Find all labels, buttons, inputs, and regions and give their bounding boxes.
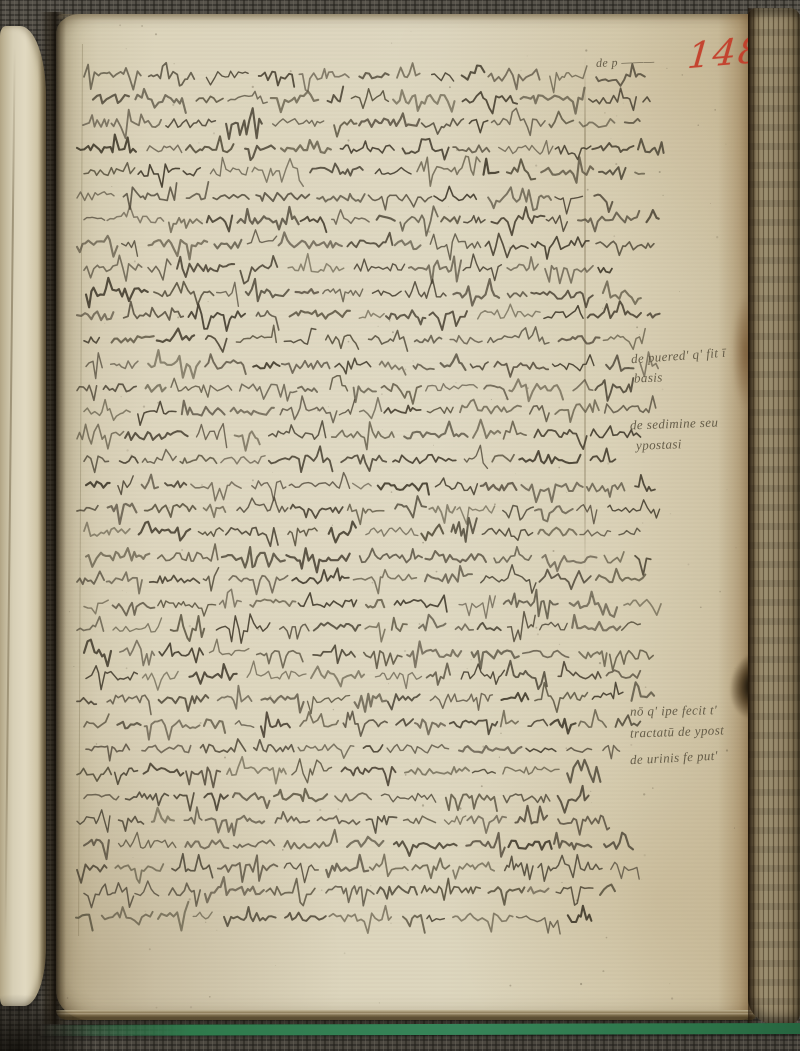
handwritten-text-line [545, 266, 593, 284]
handwritten-text-line [370, 854, 408, 876]
handwritten-text-line [467, 816, 506, 833]
handwritten-text-line [118, 476, 133, 495]
handwritten-text-line [481, 565, 536, 593]
handwritten-text-line [515, 806, 547, 824]
handwritten-text-line [120, 456, 138, 463]
handwritten-text-line [603, 281, 641, 304]
handwritten-text-line [596, 569, 645, 582]
handwritten-text-line [280, 396, 337, 423]
handwritten-text-line [257, 651, 303, 668]
handwritten-text-line [76, 915, 93, 931]
handwritten-text-line [425, 551, 486, 562]
handwritten-text-line [567, 760, 600, 783]
handwritten-text-line [226, 528, 278, 547]
handwritten-text-line [253, 362, 279, 368]
handwritten-text-line [334, 120, 356, 137]
handwritten-text-line [635, 475, 655, 491]
handwritten-text-line [147, 145, 182, 152]
handwritten-text-line [555, 146, 591, 160]
handwritten-text-line [395, 241, 421, 250]
handwritten-text-line [590, 448, 615, 461]
handwritten-text-line [84, 883, 134, 908]
handwritten-text-line [289, 473, 349, 489]
handwritten-text-line [469, 120, 487, 133]
handwritten-text-line [429, 311, 467, 330]
handwritten-text-line [298, 387, 317, 392]
handwritten-text-line [203, 568, 218, 591]
handwritten-text-line [83, 115, 109, 127]
handwritten-text-line [77, 864, 107, 882]
handwritten-text-line [183, 168, 200, 176]
handwritten-text-line [330, 376, 348, 391]
handwritten-text-line [216, 614, 269, 643]
handwritten-text-line [366, 528, 418, 537]
handwritten-text-line [382, 384, 422, 404]
handwritten-text-line [417, 156, 480, 186]
handwritten-text-line [412, 858, 449, 878]
handwritten-text-line [143, 672, 179, 691]
handwritten-text-line [570, 592, 617, 617]
handwritten-text-line [604, 833, 633, 850]
handwritten-text-line [123, 183, 176, 209]
handwritten-text-line [392, 618, 407, 632]
handwritten-text-line [266, 879, 315, 906]
handwritten-text-line [77, 810, 110, 832]
handwritten-text-line [526, 748, 556, 752]
handwritten-text-line [507, 159, 535, 179]
handwritten-text-line [317, 194, 365, 202]
handwritten-text-line [204, 505, 226, 518]
handwritten-text-line [488, 327, 549, 344]
handwritten-text-line [135, 89, 185, 113]
handwritten-text-line [589, 88, 636, 110]
handwritten-text-line [113, 603, 155, 616]
handwritten-text-line [506, 661, 547, 689]
handwritten-text-line [364, 745, 383, 752]
handwritten-text-line [503, 794, 549, 803]
handwritten-text-line [138, 401, 176, 425]
handwritten-text-line [77, 617, 104, 632]
handwritten-text-line [509, 379, 563, 401]
handwritten-text-line [245, 146, 275, 161]
handwritten-text-line [592, 682, 623, 699]
handwritten-text-line [340, 141, 394, 153]
handwritten-text-line [84, 795, 119, 800]
handwritten-text-line [237, 497, 288, 512]
handwritten-text-line [481, 483, 517, 490]
handwritten-text-line [335, 358, 371, 374]
handwritten-text-line [604, 552, 624, 563]
handwritten-text-line [567, 748, 592, 753]
handwritten-text-line [473, 769, 496, 773]
handwritten-text-line [504, 590, 558, 619]
handwritten-text-line [240, 256, 277, 284]
handwritten-text-line [591, 426, 641, 438]
handwritten-text-line [587, 483, 625, 497]
handwritten-text-line [182, 401, 225, 416]
handwritten-text-line [504, 421, 527, 439]
handwritten-text-line [555, 400, 599, 422]
handwritten-text-line [388, 694, 420, 709]
handwritten-text-line [281, 140, 331, 153]
facing-page-edge [0, 26, 46, 1006]
handwritten-text-line [235, 721, 253, 728]
handwritten-text-line [274, 789, 327, 802]
handwritten-text-line [501, 693, 528, 701]
handwritten-text-line [84, 337, 99, 343]
handwritten-text-line [108, 504, 137, 524]
handwritten-text-line [227, 757, 286, 784]
handwritten-text-line [351, 89, 388, 109]
handwritten-text-line [207, 216, 232, 232]
handwritten-text-line [446, 794, 497, 811]
handwritten-text-line [549, 112, 573, 128]
handwritten-text-line [142, 475, 159, 489]
handwritten-text-line [93, 95, 129, 104]
handwritten-text-line [530, 406, 549, 422]
handwritten-text-line [220, 589, 242, 608]
handwritten-text-line [115, 768, 138, 784]
handwritten-text-line [288, 254, 344, 272]
handwritten-text-line [313, 645, 355, 663]
handwritten-text-line [610, 650, 654, 670]
handwritten-text-line [579, 651, 607, 666]
green-binding-band [40, 1023, 800, 1036]
handwritten-text-line [580, 119, 615, 127]
handwritten-text-line [607, 670, 641, 678]
handwritten-text-line [648, 313, 660, 317]
handwritten-text-line [282, 361, 330, 373]
handwritten-text-line [608, 500, 660, 518]
handwritten-text-line [113, 618, 162, 632]
handwritten-text-line [603, 329, 645, 350]
handwritten-text-line [396, 719, 413, 726]
handwritten-text-line [554, 833, 591, 849]
handwritten-text-line [460, 400, 521, 414]
handwritten-text-line [492, 108, 545, 135]
handwritten-text-line [559, 336, 600, 343]
handwritten-text-line [77, 506, 98, 511]
handwritten-text-line [122, 241, 138, 256]
handwritten-text-line [364, 651, 402, 668]
handwritten-text-line [555, 196, 583, 214]
handwritten-text-line [503, 767, 559, 774]
handwritten-text-line [429, 505, 455, 523]
handwritten-text-line [273, 119, 324, 127]
handwritten-text-line [482, 528, 532, 540]
handwritten-text-line [342, 767, 396, 786]
handwritten-text-line [247, 230, 276, 244]
handwritten-text-line [326, 855, 368, 877]
handwritten-text-line [84, 714, 109, 727]
handwritten-text-line [107, 695, 151, 714]
handwritten-text-line [421, 525, 443, 541]
handwritten-text-line [165, 481, 186, 487]
handwritten-text-line [635, 556, 651, 575]
handwritten-text-line [354, 386, 376, 402]
handwritten-text-line [247, 661, 306, 679]
handwritten-text-line [441, 354, 466, 370]
handwritten-text-line [532, 237, 589, 259]
handwritten-text-line [326, 335, 359, 349]
handwritten-text-line [359, 73, 388, 78]
handwritten-text-line [184, 807, 202, 824]
handwritten-text-line [86, 353, 102, 379]
handwritten-text-line [254, 740, 294, 752]
handwritten-text-line [427, 663, 451, 685]
handwritten-text-line [341, 455, 386, 471]
handwritten-text-line [534, 430, 586, 450]
handwritten-text-line [580, 530, 611, 536]
handwritten-text-line [259, 72, 295, 87]
handwritten-text-line [464, 445, 487, 468]
handwritten-text-line [595, 378, 633, 401]
handwritten-text-line [625, 119, 640, 123]
handwritten-text-line [198, 528, 223, 537]
handwritten-text-line [186, 767, 220, 787]
handwritten-text-line [425, 566, 472, 583]
handwritten-text-line [314, 623, 361, 631]
handwritten-text-line [360, 549, 422, 563]
handwritten-text-line [311, 666, 364, 686]
handwritten-text-line [538, 855, 602, 882]
handwritten-text-line [124, 302, 184, 320]
handwritten-text-line [579, 710, 607, 727]
handwritten-text-line [519, 451, 580, 463]
handwritten-text-line [441, 216, 460, 223]
handwritten-text-line [599, 167, 626, 179]
handwritten-text-line [359, 311, 384, 319]
handwritten-text-line [553, 355, 594, 371]
handwritten-text-line [558, 786, 589, 813]
handwritten-text-line [240, 384, 297, 401]
handwritten-text-line [292, 759, 332, 783]
handwritten-text-line [600, 885, 615, 895]
handwritten-text-line [605, 396, 656, 413]
handwritten-text-line [466, 833, 504, 857]
handwritten-text-line [218, 686, 252, 709]
handwritten-text-line [189, 664, 236, 684]
handwritten-text-line [84, 523, 130, 537]
handwritten-text-line [206, 71, 248, 85]
handwritten-text-line [84, 456, 109, 473]
handwritten-text-line [145, 504, 196, 517]
handwritten-text-line [77, 571, 104, 584]
handwritten-text-line [542, 555, 596, 571]
handwritten-text-line [494, 362, 548, 377]
handwritten-text-line [145, 720, 200, 740]
handwritten-text-line [450, 336, 482, 344]
fore-edge-pages [748, 8, 800, 1024]
handwritten-text-line [125, 431, 188, 440]
handwritten-text-line [647, 210, 659, 222]
handwritten-text-line [369, 331, 408, 352]
handwritten-text-line [393, 90, 454, 111]
handwritten-text-line [535, 506, 573, 521]
handwritten-text-line [149, 63, 195, 86]
handwritten-text-line [84, 163, 135, 176]
handwritten-text-line [635, 172, 644, 174]
handwritten-text-line [494, 547, 531, 563]
handwritten-text-line [453, 913, 513, 931]
handwritten-text-line [332, 422, 394, 450]
handwritten-text-line [540, 622, 568, 630]
handwritten-text-line [407, 641, 461, 667]
handwritten-text-line [84, 840, 109, 859]
handwritten-text-line [222, 547, 285, 567]
handwritten-text-line [508, 612, 536, 642]
handwritten-text-line [459, 596, 495, 619]
handwritten-text-line [640, 352, 658, 377]
handwritten-text-line [366, 600, 384, 608]
handwritten-text-line [453, 862, 494, 879]
handwritten-text-line [531, 291, 593, 308]
handwritten-text-line [380, 361, 406, 374]
handwritten-text-line [507, 257, 538, 271]
handwritten-text-line [84, 255, 142, 281]
handwritten-text-line [453, 279, 499, 306]
handwritten-text-line [578, 211, 639, 232]
handwritten-text-line [177, 257, 234, 277]
handwritten-text-line [204, 719, 225, 733]
handwritten-text-line [632, 682, 655, 701]
handwritten-text-line [269, 421, 326, 439]
handwritten-text-line [347, 233, 392, 248]
handwritten-text-line [157, 329, 194, 343]
handwritten-text-line [415, 719, 445, 734]
handwritten-text-line [233, 793, 270, 808]
handwritten-text-line [426, 384, 478, 391]
handwritten-text-line [521, 483, 582, 502]
handwritten-text-line [450, 720, 498, 734]
handwritten-text-line [387, 745, 449, 754]
handwritten-text-line [368, 195, 431, 210]
handwritten-text-line [231, 408, 274, 415]
handwritten-text-line [252, 159, 303, 187]
handwritten-text-line [103, 384, 136, 392]
handwritten-text-line [84, 640, 111, 666]
handwritten-text-line [473, 420, 500, 438]
handwritten-text-line [375, 672, 421, 688]
handwritten-text-line [422, 119, 464, 134]
handwritten-text-line [328, 87, 344, 103]
handwritten-text-line [436, 478, 478, 495]
handwritten-text-line [359, 113, 419, 127]
handwritten-text-line [360, 398, 382, 419]
handwritten-text-line [158, 544, 218, 561]
handwritten-text-line [269, 446, 333, 472]
handwritten-text-line [335, 793, 371, 802]
handwritten-text-line [159, 643, 203, 662]
handwritten-text-line [556, 887, 593, 905]
handwritten-text-line [353, 483, 371, 489]
handwritten-text-line [492, 455, 514, 462]
handwritten-text-line [292, 568, 349, 583]
handwritten-text-line [228, 91, 267, 103]
handwritten-text-line [329, 522, 356, 543]
handwritten-text-line [521, 88, 585, 114]
handwritten-text-line [624, 600, 661, 616]
handwritten-text-line [317, 816, 359, 825]
handwritten-text-line [224, 907, 276, 926]
handwritten-text-line [386, 310, 425, 324]
handwritten-text-line [354, 259, 404, 271]
handwritten-text-line [210, 157, 248, 176]
handwritten-text-line [484, 159, 499, 175]
handwritten-text-line [226, 108, 262, 139]
handwritten-text-line [326, 886, 374, 906]
handwritten-text-line [616, 715, 641, 727]
handwritten-text-line [484, 385, 508, 399]
handwritten-text-line [102, 907, 153, 925]
handwritten-text-line [539, 570, 590, 590]
handwritten-text-line [432, 73, 454, 81]
handwritten-text-line [354, 570, 417, 594]
handwritten-text-line [111, 361, 138, 369]
handwritten-text-line [77, 767, 111, 781]
handwritten-text-line [643, 97, 650, 102]
handwritten-text-line [169, 218, 202, 233]
handwritten-text-line [196, 96, 223, 102]
handwritten-text-line [596, 241, 654, 255]
handwritten-text-line [193, 912, 212, 919]
handwritten-text-line [405, 767, 469, 775]
handwritten-text-line [188, 304, 245, 331]
handwritten-text-line [622, 622, 641, 630]
handwritten-text-line [355, 694, 387, 712]
handwritten-text-line [301, 217, 327, 232]
handwritten-text-line [488, 187, 551, 210]
handwritten-text-line [279, 232, 342, 248]
handwritten-text-line [365, 623, 385, 642]
handwritten-text-line [422, 879, 481, 901]
handwritten-text-line [546, 216, 567, 232]
handwritten-text-line [119, 817, 144, 832]
handwritten-text-line [538, 528, 576, 536]
handwritten-text-line [464, 216, 485, 223]
handwritten-text-line [146, 385, 166, 392]
handwritten-text-line [451, 518, 476, 542]
handwritten-text-line [299, 69, 349, 91]
handwritten-text-line [180, 455, 216, 463]
handwritten-text-line [491, 207, 544, 235]
handwritten-text-line [323, 289, 363, 302]
handwritten-text-line [528, 887, 549, 893]
handwritten-text-line [218, 855, 277, 882]
handwritten-text-line [206, 816, 265, 836]
handwritten-text-line [120, 641, 154, 666]
handwritten-text-line [503, 506, 534, 520]
handwritten-text-line [139, 522, 191, 541]
handwritten-text-line [197, 424, 227, 448]
handwritten-text-line [142, 745, 191, 752]
handwritten-text-line [213, 195, 249, 200]
handwritten-text-line [300, 712, 338, 727]
handwritten-text-line [373, 290, 402, 296]
handwritten-text-line [210, 639, 249, 655]
handwritten-text-line [284, 863, 318, 883]
handwritten-text-line [86, 744, 129, 761]
handwritten-text-line [86, 548, 149, 567]
handwritten-text-line [377, 886, 417, 899]
handwritten-text-line [152, 808, 174, 823]
handwritten-text-line [329, 906, 391, 933]
handwritten-text-line [403, 139, 449, 160]
handwritten-text-line [470, 362, 488, 370]
handwritten-text-line [77, 192, 114, 201]
handwritten-text-line [148, 259, 171, 280]
handwritten-text-line [217, 282, 239, 306]
